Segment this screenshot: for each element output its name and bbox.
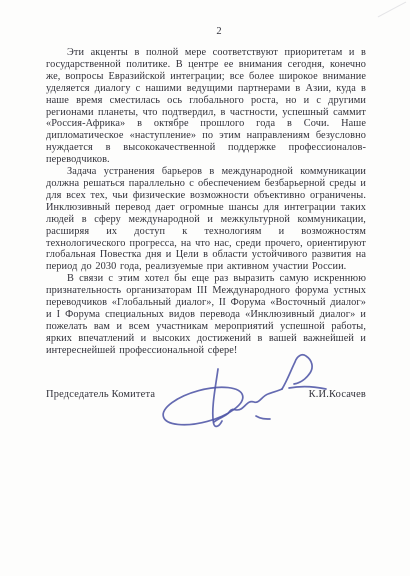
paragraph-3: В связи с этим хотел бы еще раз выразить… (46, 273, 366, 356)
signature-block: Председатель Комитета К.И.Косачев (46, 389, 366, 400)
scanned-letter-page: 2 Эти акценты в полной мере соответствую… (0, 0, 410, 576)
paragraph-2: Задача устранения барьеров в международн… (46, 166, 366, 273)
paragraph-1: Эти акценты в полной мере соответствуют … (46, 47, 366, 166)
scan-artifact (378, 2, 407, 18)
page-number: 2 (59, 26, 379, 38)
letter-body: Эти акценты в полной мере соответствуют … (46, 47, 366, 357)
signer-name: К.И.Косачев (309, 389, 366, 400)
signer-title: Председатель Комитета (46, 389, 155, 400)
